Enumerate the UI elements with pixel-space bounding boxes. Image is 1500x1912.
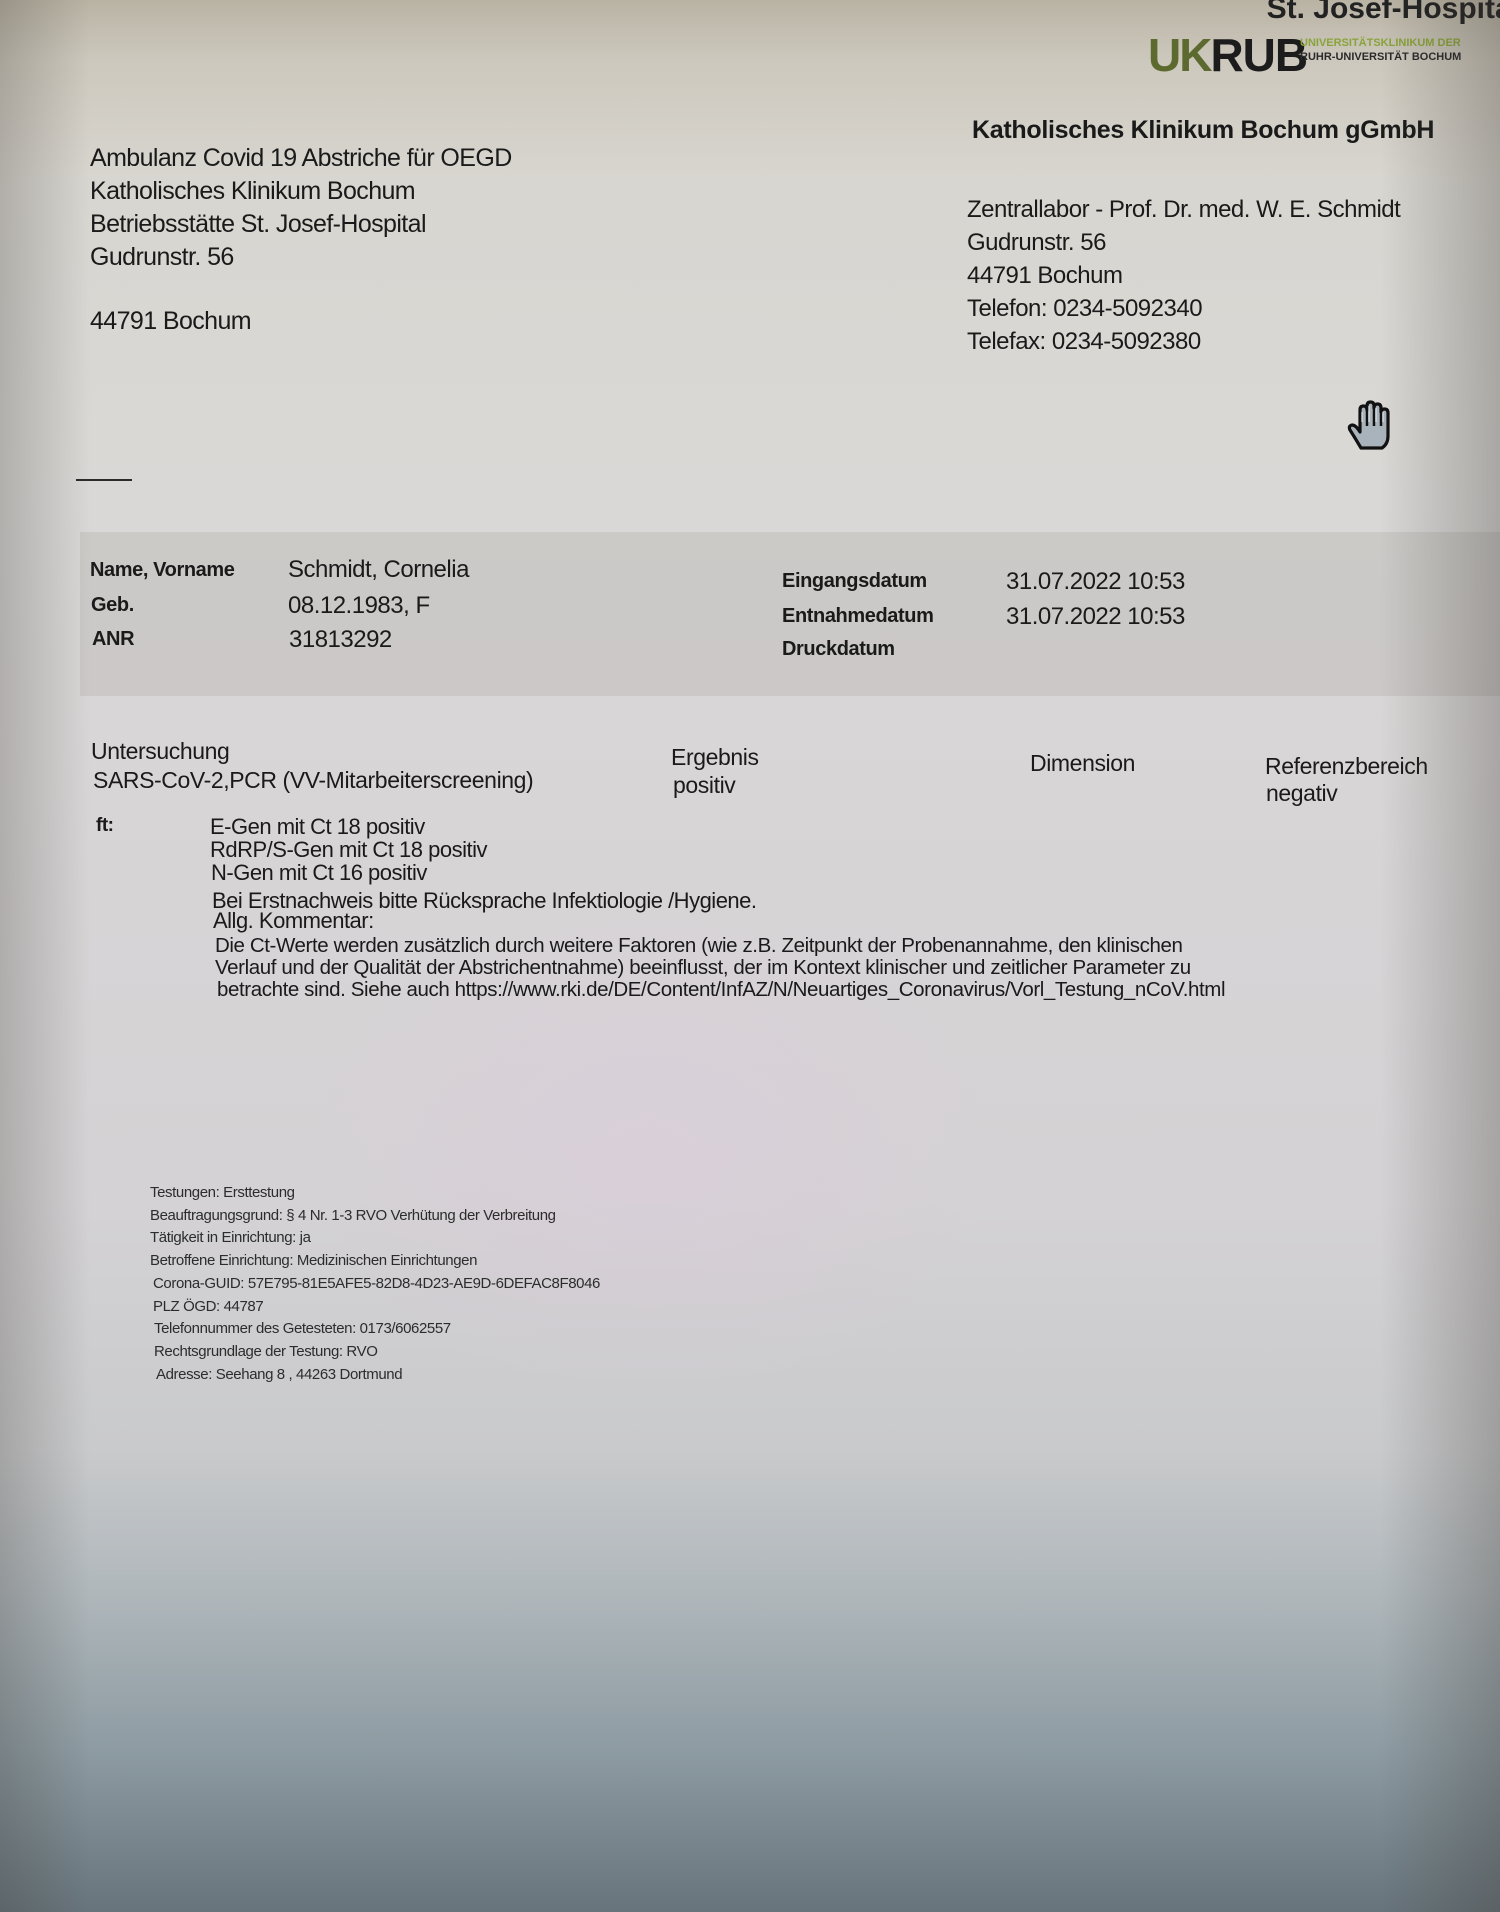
test-result: positiv <box>673 772 735 799</box>
test-name: SARS-CoV-2,PCR (VV-Mitarbeiterscreening) <box>93 767 533 794</box>
organization-title: Katholisches Klinikum Bochum gGmbH <box>972 116 1434 145</box>
sample-date: 31.07.2022 10:53 <box>1006 603 1185 631</box>
lab-address-line: Gudrunstr. 56 <box>967 226 1400 259</box>
received-date: 31.07.2022 10:53 <box>1006 568 1185 596</box>
comment-line: Verlauf und der Qualität der Abstrichent… <box>215 957 1191 979</box>
col-examination: Untersuchung <box>91 738 229 765</box>
patient-info-box: Name, Vorname Schmidt, Cornelia Geb. 08.… <box>80 532 1500 696</box>
metadata-line: Betroffene Einrichtung: Medizinischen Ei… <box>150 1250 600 1273</box>
notification-metadata: Testungen: Ersttestung Beauftragungsgrun… <box>150 1182 600 1386</box>
anr-label: ANR <box>92 628 134 651</box>
lab-address: Zentrallabor - Prof. Dr. med. W. E. Schm… <box>967 193 1400 358</box>
patient-anr: 31813292 <box>289 626 392 654</box>
comment-line-link: betrachte sind. Siehe auch https://www.r… <box>217 979 1225 1001</box>
dob-label: Geb. <box>91 594 134 617</box>
print-date-label: Druckdatum <box>782 638 895 661</box>
metadata-line: Telefonnummer des Getesteten: 0173/60625… <box>150 1318 600 1341</box>
name-label: Name, Vorname <box>90 559 235 582</box>
lab-address-line: 44791 Bochum <box>967 259 1400 292</box>
sender-address: Ambulanz Covid 19 Abstriche für OEGD Kat… <box>90 142 512 338</box>
received-date-label: Eingangsdatum <box>782 570 927 593</box>
finding-e-gene: E-Gen mit Ct 18 positiv <box>210 816 425 838</box>
metadata-line: Corona-GUID: 57E795-81E5AFE5-82D8-4D23-A… <box>150 1273 600 1296</box>
hand-cursor-icon <box>1347 398 1397 454</box>
logo-subtitle-line2: RUHR-UNIVERSITÄT BOCHUM <box>1300 50 1461 64</box>
sender-address-line: Katholisches Klinikum Bochum <box>90 175 512 208</box>
divider-dash <box>76 479 132 481</box>
comment-label: Allg. Kommentar: <box>213 910 374 932</box>
lab-phone: Telefon: 0234-5092340 <box>967 292 1400 325</box>
metadata-line: Rechtsgrundlage der Testung: RVO <box>150 1341 600 1364</box>
metadata-line: PLZ ÖGD: 44787 <box>150 1296 600 1319</box>
sender-address-line: Ambulanz Covid 19 Abstriche für OEGD <box>90 142 512 175</box>
footnote-label: ft: <box>96 815 113 837</box>
finding-n-gene: N-Gen mit Ct 16 positiv <box>211 862 427 884</box>
col-dimension: Dimension <box>1030 750 1135 777</box>
hospital-name: St. Josef-Hospital <box>1267 0 1500 26</box>
reference-range: negativ <box>1266 780 1337 807</box>
logo-rub: RUB <box>1210 29 1307 81</box>
finding-rdrp-gene: RdRP/S-Gen mit Ct 18 positiv <box>210 839 487 861</box>
patient-name: Schmidt, Cornelia <box>288 556 469 584</box>
sample-date-label: Entnahmedatum <box>782 605 933 628</box>
logo-uk: UK <box>1148 29 1210 81</box>
logo-subtitle-line1: UNIVERSITÄTSKLINIKUM DER <box>1300 36 1461 50</box>
sender-address-line: Gudrunstr. 56 <box>90 241 512 274</box>
metadata-line: Testungen: Ersttestung <box>150 1182 600 1205</box>
lab-fax: Telefax: 0234-5092380 <box>967 325 1400 358</box>
logo-subtitle: UNIVERSITÄTSKLINIKUM DER RUHR-UNIVERSITÄ… <box>1300 36 1461 64</box>
col-reference: Referenzbereich <box>1265 753 1428 780</box>
col-result: Ergebnis <box>671 744 759 771</box>
comment-line: Die Ct-Werte werden zusätzlich durch wei… <box>215 935 1183 957</box>
lab-address-line: Zentrallabor - Prof. Dr. med. W. E. Schm… <box>967 193 1400 226</box>
metadata-line: Tätigkeit in Einrichtung: ja <box>150 1227 600 1250</box>
sender-city: 44791 Bochum <box>90 305 512 338</box>
sender-address-line: Betriebsstätte St. Josef-Hospital <box>90 208 512 241</box>
patient-dob: 08.12.1983, F <box>288 592 430 620</box>
metadata-line: Beauftragungsgrund: § 4 Nr. 1-3 RVO Verh… <box>150 1205 600 1228</box>
metadata-line: Adresse: Seehang 8 , 44263 Dortmund <box>150 1364 600 1387</box>
ukrub-logo: UKRUB UNIVERSITÄTSKLINIKUM DER RUHR-UNIV… <box>1148 28 1307 78</box>
